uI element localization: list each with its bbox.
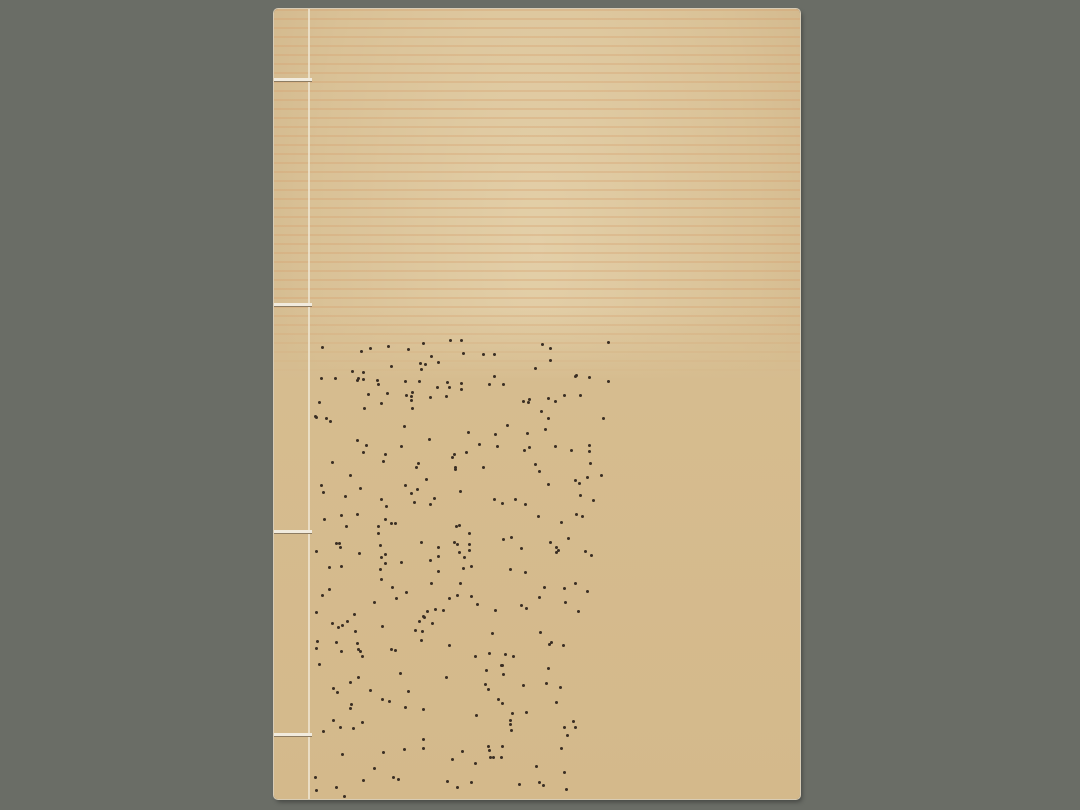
speck bbox=[494, 433, 497, 436]
speck bbox=[545, 682, 548, 685]
speck bbox=[428, 438, 431, 441]
speck bbox=[570, 449, 573, 452]
speck bbox=[525, 711, 528, 714]
speck bbox=[436, 386, 439, 389]
speck bbox=[500, 664, 503, 667]
speck bbox=[456, 543, 459, 546]
speck bbox=[341, 624, 344, 627]
speck bbox=[448, 597, 451, 600]
speck bbox=[422, 708, 425, 711]
speck bbox=[437, 546, 440, 549]
speck bbox=[340, 565, 343, 568]
speck bbox=[431, 622, 434, 625]
speck bbox=[430, 355, 433, 358]
speck bbox=[390, 522, 393, 525]
speck bbox=[442, 609, 445, 612]
speck bbox=[554, 445, 557, 448]
speck bbox=[404, 484, 407, 487]
speck bbox=[433, 497, 436, 500]
book-cover bbox=[274, 9, 800, 799]
speck bbox=[482, 353, 485, 356]
speck bbox=[377, 383, 380, 386]
speck bbox=[358, 552, 361, 555]
speck bbox=[322, 491, 325, 494]
speck bbox=[338, 542, 341, 545]
speck bbox=[315, 647, 318, 650]
speck bbox=[574, 479, 577, 482]
speck bbox=[526, 432, 529, 435]
speck bbox=[356, 642, 359, 645]
speck bbox=[572, 720, 575, 723]
speck bbox=[459, 490, 462, 493]
speck bbox=[462, 567, 465, 570]
speck bbox=[493, 375, 496, 378]
speck bbox=[420, 368, 423, 371]
speck bbox=[527, 401, 530, 404]
speck bbox=[384, 453, 387, 456]
speck bbox=[403, 425, 406, 428]
speck bbox=[405, 591, 408, 594]
speck bbox=[560, 521, 563, 524]
speck bbox=[487, 745, 490, 748]
speck bbox=[461, 750, 464, 753]
speck bbox=[555, 701, 558, 704]
speck bbox=[488, 383, 491, 386]
speck bbox=[379, 544, 382, 547]
speck bbox=[470, 565, 473, 568]
speck bbox=[380, 556, 383, 559]
speck bbox=[421, 630, 424, 633]
speck bbox=[482, 466, 485, 469]
speck bbox=[390, 365, 393, 368]
speck bbox=[381, 698, 384, 701]
speck bbox=[339, 726, 342, 729]
speck bbox=[497, 698, 500, 701]
speck bbox=[426, 610, 429, 613]
speck bbox=[343, 795, 346, 798]
speck bbox=[349, 681, 352, 684]
speck bbox=[577, 610, 580, 613]
speck bbox=[353, 613, 356, 616]
speck bbox=[384, 553, 387, 556]
speck bbox=[574, 582, 577, 585]
speck bbox=[314, 776, 317, 779]
speck bbox=[346, 620, 349, 623]
speck bbox=[415, 466, 418, 469]
speck bbox=[578, 482, 581, 485]
speck bbox=[539, 631, 542, 634]
speck bbox=[537, 515, 540, 518]
speck bbox=[388, 700, 391, 703]
speck bbox=[424, 363, 427, 366]
speck bbox=[542, 784, 545, 787]
speck bbox=[547, 417, 550, 420]
speck bbox=[602, 417, 605, 420]
speck bbox=[416, 488, 419, 491]
speck bbox=[392, 776, 395, 779]
speck bbox=[465, 451, 468, 454]
speck bbox=[325, 417, 328, 420]
speck bbox=[487, 688, 490, 691]
speck bbox=[502, 673, 505, 676]
speck bbox=[502, 383, 505, 386]
speck bbox=[459, 582, 462, 585]
speck bbox=[349, 707, 352, 710]
speck bbox=[429, 396, 432, 399]
speck bbox=[357, 377, 360, 380]
speck bbox=[394, 522, 397, 525]
speck bbox=[437, 555, 440, 558]
speck bbox=[437, 570, 440, 573]
speck bbox=[340, 514, 343, 517]
speck bbox=[400, 561, 403, 564]
speck bbox=[363, 407, 366, 410]
speck bbox=[357, 676, 360, 679]
speck bbox=[434, 608, 437, 611]
speck bbox=[380, 498, 383, 501]
speck bbox=[588, 376, 591, 379]
speck bbox=[448, 386, 451, 389]
speck bbox=[336, 691, 339, 694]
speck bbox=[384, 562, 387, 565]
speck bbox=[504, 653, 507, 656]
speck bbox=[404, 706, 407, 709]
speck bbox=[429, 503, 432, 506]
speck bbox=[405, 394, 408, 397]
speck bbox=[509, 723, 512, 726]
speck bbox=[373, 767, 376, 770]
speck bbox=[506, 424, 509, 427]
speck bbox=[335, 786, 338, 789]
speck bbox=[382, 460, 385, 463]
speck bbox=[534, 463, 537, 466]
speck bbox=[356, 439, 359, 442]
speck bbox=[502, 538, 505, 541]
speck bbox=[468, 532, 471, 535]
speck bbox=[566, 734, 569, 737]
speck bbox=[377, 532, 380, 535]
speck bbox=[460, 382, 463, 385]
speck bbox=[315, 416, 318, 419]
speck bbox=[549, 541, 552, 544]
speck bbox=[451, 456, 454, 459]
speck bbox=[422, 747, 425, 750]
speck bbox=[394, 649, 397, 652]
speck bbox=[418, 380, 421, 383]
speck bbox=[354, 630, 357, 633]
speck bbox=[453, 541, 456, 544]
speck bbox=[588, 444, 591, 447]
speck bbox=[491, 632, 494, 635]
speck bbox=[380, 578, 383, 581]
speck bbox=[345, 525, 348, 528]
speck bbox=[525, 607, 528, 610]
speck bbox=[565, 788, 568, 791]
speck bbox=[574, 726, 577, 729]
speck bbox=[588, 450, 591, 453]
speck bbox=[492, 756, 495, 759]
speck bbox=[509, 568, 512, 571]
speck bbox=[384, 518, 387, 521]
speck bbox=[351, 370, 354, 373]
speck bbox=[607, 380, 610, 383]
speck bbox=[563, 394, 566, 397]
speck bbox=[328, 588, 331, 591]
speck bbox=[337, 626, 340, 629]
speck bbox=[474, 762, 477, 765]
speck bbox=[478, 443, 481, 446]
speck bbox=[510, 536, 513, 539]
speck bbox=[501, 702, 504, 705]
speck bbox=[586, 590, 589, 593]
speck bbox=[386, 392, 389, 395]
speck bbox=[538, 470, 541, 473]
speck bbox=[493, 498, 496, 501]
speck bbox=[524, 503, 527, 506]
speck bbox=[397, 778, 400, 781]
speck bbox=[390, 648, 393, 651]
speck bbox=[456, 594, 459, 597]
speck bbox=[501, 745, 504, 748]
speck bbox=[407, 690, 410, 693]
speck bbox=[352, 727, 355, 730]
speck bbox=[322, 730, 325, 733]
speck bbox=[470, 595, 473, 598]
speck bbox=[414, 629, 417, 632]
speck bbox=[403, 748, 406, 751]
speck bbox=[361, 721, 364, 724]
speck bbox=[547, 397, 550, 400]
wormhole-speckles bbox=[274, 9, 800, 799]
speck bbox=[448, 644, 451, 647]
speck bbox=[463, 556, 466, 559]
speck bbox=[563, 726, 566, 729]
speck bbox=[315, 550, 318, 553]
speck bbox=[411, 407, 414, 410]
speck bbox=[373, 601, 376, 604]
speck bbox=[538, 596, 541, 599]
speck bbox=[549, 347, 552, 350]
speck bbox=[361, 655, 364, 658]
speck bbox=[493, 353, 496, 356]
speck bbox=[494, 609, 497, 612]
speck bbox=[518, 783, 521, 786]
speck bbox=[476, 603, 479, 606]
speck bbox=[367, 393, 370, 396]
speck bbox=[422, 342, 425, 345]
speck bbox=[329, 420, 332, 423]
speck bbox=[328, 566, 331, 569]
speck bbox=[522, 684, 525, 687]
speck bbox=[524, 571, 527, 574]
speck bbox=[549, 359, 552, 362]
speck bbox=[501, 502, 504, 505]
speck bbox=[460, 339, 463, 342]
speck bbox=[547, 667, 550, 670]
speck bbox=[437, 361, 440, 364]
speck bbox=[520, 604, 523, 607]
speck bbox=[500, 756, 503, 759]
speck bbox=[560, 747, 563, 750]
speck bbox=[359, 650, 362, 653]
speck bbox=[446, 780, 449, 783]
speck bbox=[468, 543, 471, 546]
speck bbox=[584, 550, 587, 553]
speck bbox=[449, 339, 452, 342]
speck bbox=[485, 669, 488, 672]
speck bbox=[567, 537, 570, 540]
speck bbox=[563, 587, 566, 590]
speck bbox=[422, 738, 425, 741]
speck bbox=[320, 484, 323, 487]
speck bbox=[446, 381, 449, 384]
speck bbox=[385, 505, 388, 508]
speck bbox=[523, 449, 526, 452]
speck bbox=[377, 525, 380, 528]
speck bbox=[382, 751, 385, 754]
speck bbox=[528, 446, 531, 449]
speck bbox=[362, 371, 365, 374]
speck bbox=[380, 402, 383, 405]
speck bbox=[592, 499, 595, 502]
speck bbox=[391, 586, 394, 589]
speck bbox=[468, 549, 471, 552]
speck bbox=[315, 789, 318, 792]
speck bbox=[470, 781, 473, 784]
speck bbox=[456, 786, 459, 789]
speck bbox=[362, 779, 365, 782]
speck bbox=[369, 347, 372, 350]
speck bbox=[600, 474, 603, 477]
speck bbox=[410, 399, 413, 402]
speck bbox=[520, 547, 523, 550]
speck bbox=[475, 714, 478, 717]
speck bbox=[586, 476, 589, 479]
speck bbox=[350, 703, 353, 706]
speck bbox=[331, 461, 334, 464]
speck bbox=[332, 719, 335, 722]
speck bbox=[331, 622, 334, 625]
speck bbox=[445, 395, 448, 398]
speck bbox=[332, 687, 335, 690]
speck bbox=[365, 444, 368, 447]
speck bbox=[315, 611, 318, 614]
speck bbox=[339, 546, 342, 549]
speck bbox=[321, 346, 324, 349]
speck bbox=[410, 395, 413, 398]
speck bbox=[335, 641, 338, 644]
speck bbox=[564, 601, 567, 604]
speck bbox=[362, 451, 365, 454]
speck bbox=[462, 352, 465, 355]
speck bbox=[381, 625, 384, 628]
speck bbox=[407, 348, 410, 351]
speck bbox=[341, 753, 344, 756]
speck bbox=[547, 483, 550, 486]
speck bbox=[316, 640, 319, 643]
speck bbox=[541, 343, 544, 346]
speck bbox=[356, 513, 359, 516]
speck bbox=[340, 650, 343, 653]
speck bbox=[484, 683, 487, 686]
speck bbox=[534, 367, 537, 370]
speck bbox=[413, 501, 416, 504]
speck bbox=[544, 428, 547, 431]
speck bbox=[458, 551, 461, 554]
speck bbox=[581, 515, 584, 518]
speck bbox=[376, 379, 379, 382]
speck bbox=[411, 391, 414, 394]
speck bbox=[453, 453, 456, 456]
speck bbox=[320, 377, 323, 380]
speck bbox=[579, 394, 582, 397]
speck bbox=[395, 597, 398, 600]
speck bbox=[535, 765, 538, 768]
speck bbox=[334, 377, 337, 380]
speck bbox=[559, 686, 562, 689]
speck bbox=[488, 652, 491, 655]
speck bbox=[579, 494, 582, 497]
speck bbox=[474, 655, 477, 658]
speck bbox=[359, 487, 362, 490]
speck bbox=[420, 541, 423, 544]
speck bbox=[555, 551, 558, 554]
speck bbox=[514, 498, 517, 501]
speck bbox=[404, 380, 407, 383]
speck bbox=[417, 462, 420, 465]
speck bbox=[321, 594, 324, 597]
speck bbox=[399, 672, 402, 675]
speck bbox=[488, 749, 491, 752]
speck bbox=[418, 620, 421, 623]
speck bbox=[511, 712, 514, 715]
speck bbox=[360, 350, 363, 353]
speck bbox=[543, 586, 546, 589]
speck bbox=[318, 401, 321, 404]
speck bbox=[323, 518, 326, 521]
speck bbox=[379, 568, 382, 571]
speck bbox=[349, 474, 352, 477]
speck bbox=[496, 445, 499, 448]
speck bbox=[344, 495, 347, 498]
speck bbox=[445, 676, 448, 679]
speck bbox=[589, 462, 592, 465]
speck bbox=[540, 410, 543, 413]
speck bbox=[455, 525, 458, 528]
speck bbox=[422, 615, 425, 618]
speck bbox=[430, 582, 433, 585]
speck bbox=[369, 689, 372, 692]
speck bbox=[509, 719, 512, 722]
speck bbox=[429, 559, 432, 562]
speck bbox=[607, 341, 610, 344]
speck bbox=[451, 758, 454, 761]
speck bbox=[318, 663, 321, 666]
speck bbox=[420, 639, 423, 642]
speck bbox=[522, 400, 525, 403]
speck bbox=[410, 492, 413, 495]
speck bbox=[575, 513, 578, 516]
speck bbox=[538, 781, 541, 784]
speck bbox=[387, 345, 390, 348]
speck bbox=[460, 388, 463, 391]
speck bbox=[554, 400, 557, 403]
speck bbox=[467, 431, 470, 434]
speck bbox=[562, 644, 565, 647]
speck bbox=[512, 655, 515, 658]
speck bbox=[425, 478, 428, 481]
speck bbox=[510, 729, 513, 732]
